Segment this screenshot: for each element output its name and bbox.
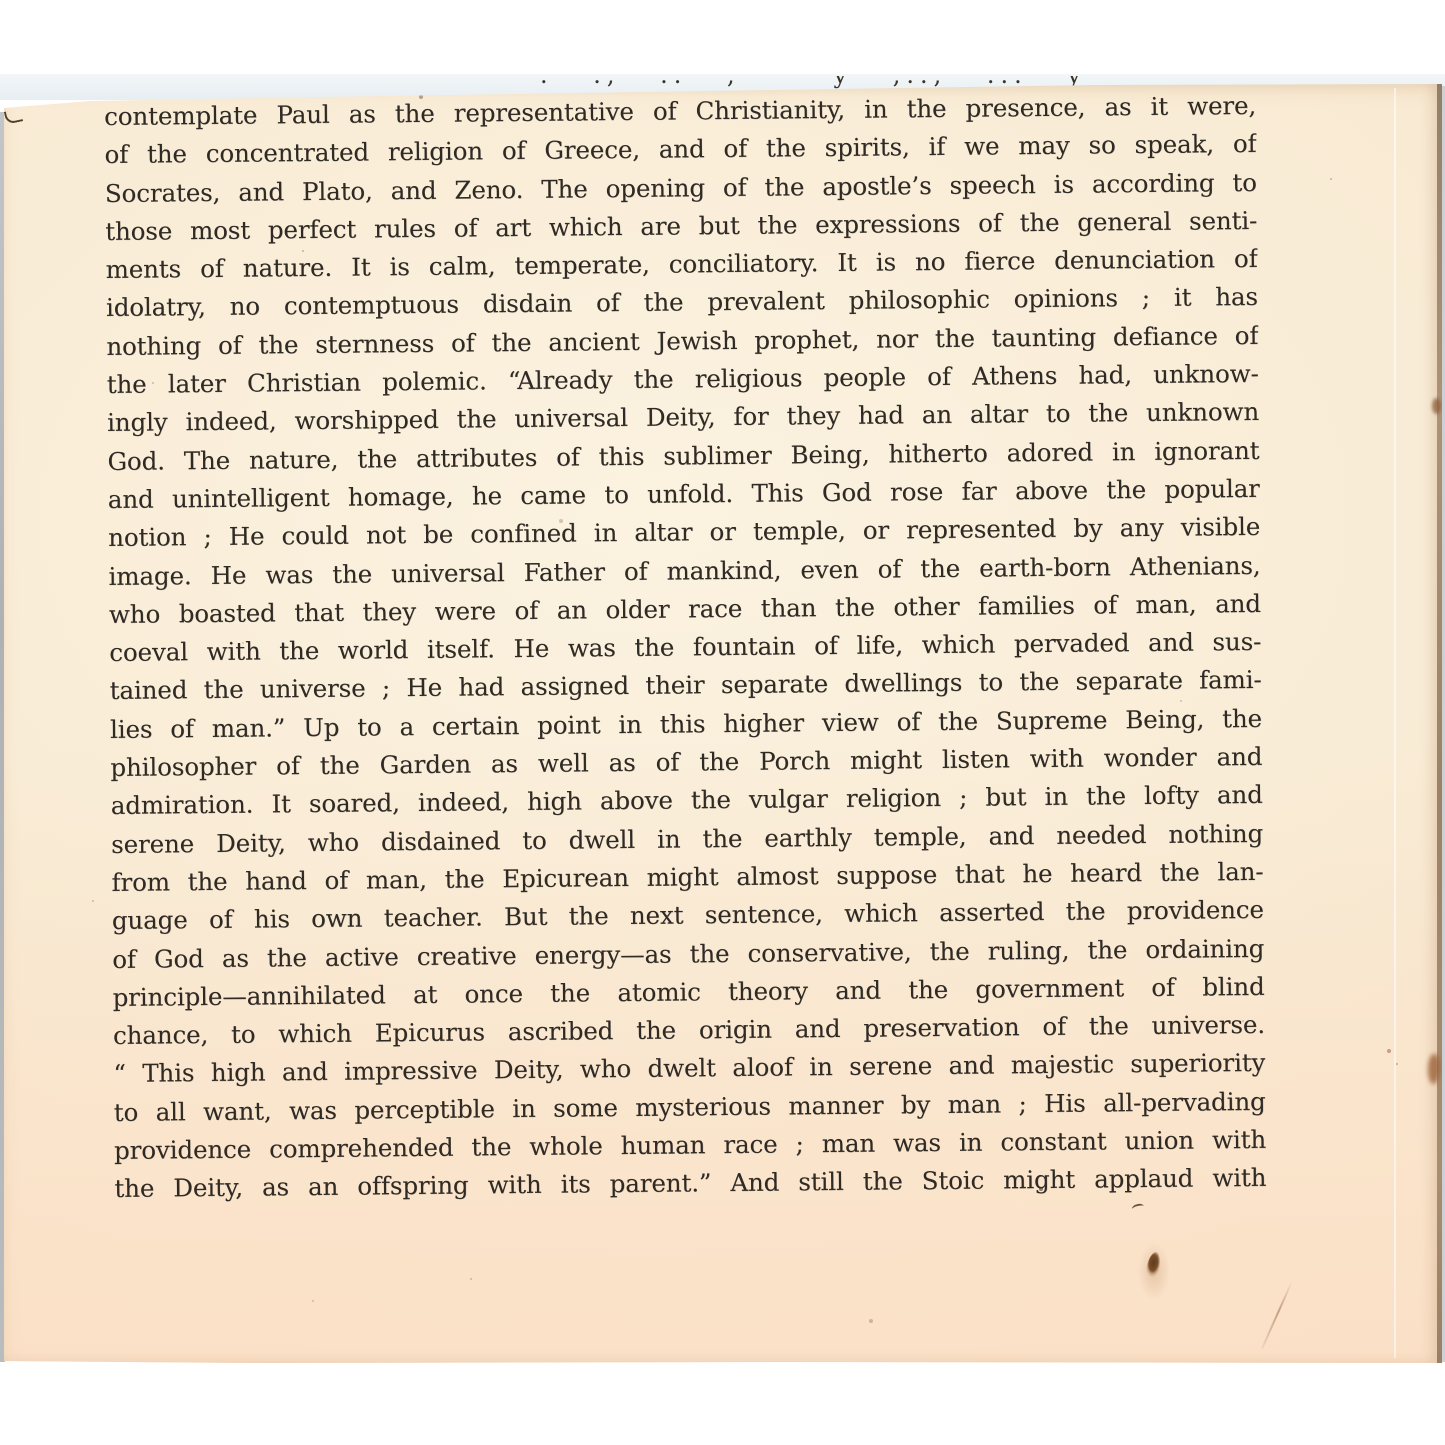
ink-squiggle	[1131, 1203, 1144, 1213]
page-right-edge	[1437, 82, 1442, 1364]
scratch-mark	[1261, 1281, 1293, 1349]
scanned-page-canvas: . ., .. , · y ,.., ... y contemplate Pau…	[0, 0, 1445, 1445]
corner-curl-mark	[4, 108, 23, 124]
edge-mark	[1432, 398, 1441, 414]
book-page: contemplate Paul as the representative o…	[4, 82, 1442, 1364]
page-text-block: contemplate Paul as the representative o…	[104, 87, 1267, 1209]
paper-crease-line	[1394, 88, 1396, 1358]
